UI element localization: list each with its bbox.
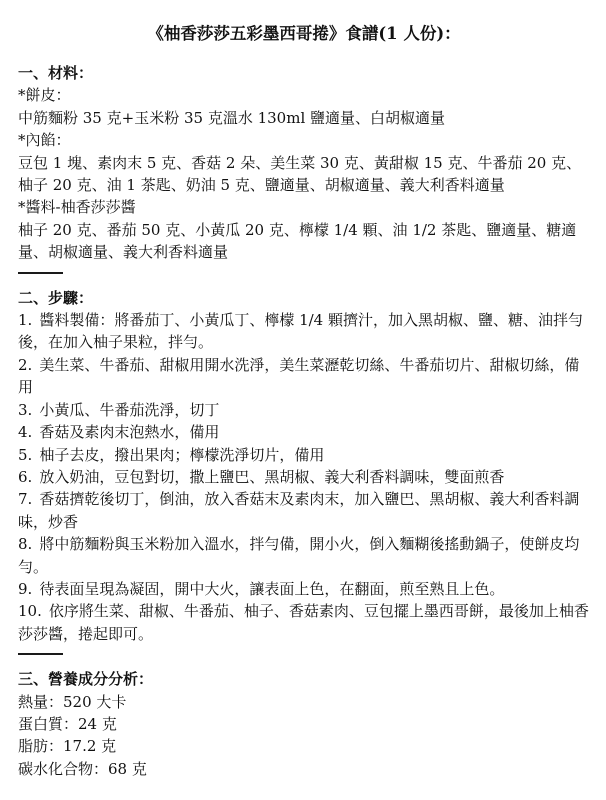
step-text: 待表面呈現為凝固，開中大火，讓表面上色，在翻面，煎至熟且上色。: [39, 580, 504, 598]
step-number: 7.: [18, 490, 32, 508]
step-number: 10.: [18, 602, 42, 620]
materials-group-label: *餅皮：: [18, 84, 590, 106]
step-number: 6.: [18, 468, 32, 486]
section-divider: [18, 272, 63, 274]
step-item: 10.依序將生菜、甜椒、牛番茄、柚子、香菇素肉、豆包擺上墨西哥餅，最後加上柚香莎…: [18, 600, 590, 645]
nutrition-item: 蛋白質：24 克: [18, 713, 590, 735]
section-steps: 二、步驟： 1.醬料製備：將番茄丁、小黃瓜丁、檸檬 1/4 顆擠汁，加入黑胡椒、…: [18, 287, 590, 646]
step-number: 9.: [18, 580, 32, 598]
step-item: 6.放入奶油，豆包對切，撒上鹽巴、黑胡椒、義大利香料調味，雙面煎香: [18, 466, 590, 488]
step-item: 7.香菇擠乾後切丁，倒油，放入香菇末及素肉末，加入鹽巴、黑胡椒、義大利香料調味，…: [18, 488, 590, 533]
recipe-document: 《柚香莎莎五彩墨西哥捲》食譜(1 人份)： 一、材料： *餅皮： 中筋麵粉 35…: [0, 0, 606, 800]
step-text: 醬料製備：將番茄丁、小黃瓜丁、檸檬 1/4 顆擠汁，加入黑胡椒、鹽、糖、油拌勻後…: [18, 311, 583, 351]
step-item: 2.美生菜、牛番茄、甜椒用開水洗淨，美生菜瀝乾切絲、牛番茄切片、甜椒切絲，備用: [18, 354, 590, 399]
step-item: 9.待表面呈現為凝固，開中大火，讓表面上色，在翻面，煎至熟且上色。: [18, 578, 590, 600]
step-text: 香菇擠乾後切丁，倒油，放入香菇末及素肉末，加入鹽巴、黑胡椒、義大利香料調味，炒香: [18, 490, 579, 530]
nutrition-item: 熱量：520 大卡: [18, 691, 590, 713]
step-text: 美生菜、牛番茄、甜椒用開水洗淨，美生菜瀝乾切絲、牛番茄切片、甜椒切絲，備用: [18, 356, 579, 396]
step-text: 將中筋麵粉與玉米粉加入溫水，拌勻備，開小火，倒入麵糊後搖動鍋子，使餅皮均勻。: [18, 535, 579, 575]
step-item: 1.醬料製備：將番茄丁、小黃瓜丁、檸檬 1/4 顆擠汁，加入黑胡椒、鹽、糖、油拌…: [18, 309, 590, 354]
materials-group-content: 豆包 1 塊、素肉末 5 克、香菇 2 朵、美生菜 30 克、黃甜椒 15 克、…: [18, 152, 590, 197]
nutrition-item: 碳水化合物：68 克: [18, 758, 590, 780]
step-item: 3.小黃瓜、牛番茄洗淨，切丁: [18, 399, 590, 421]
nutrition-heading: 三、營養成分分析：: [18, 668, 590, 690]
materials-group-content: 中筋麵粉 35 克+玉米粉 35 克溫水 130ml 鹽適量、白胡椒適量: [18, 107, 590, 129]
step-number: 5.: [18, 446, 32, 464]
step-text: 依序將生菜、甜椒、牛番茄、柚子、香菇素肉、豆包擺上墨西哥餅，最後加上柚香莎莎醬，…: [18, 602, 589, 642]
materials-group-label: *內餡：: [18, 129, 590, 151]
step-number: 4.: [18, 423, 32, 441]
materials-heading: 一、材料：: [18, 62, 590, 84]
materials-group-label: *醬料-柚香莎莎醬: [18, 196, 590, 218]
step-item: 5.柚子去皮，撥出果肉；檸檬洗淨切片，備用: [18, 444, 590, 466]
steps-heading: 二、步驟：: [18, 287, 590, 309]
step-number: 2.: [18, 356, 32, 374]
step-text: 放入奶油，豆包對切，撒上鹽巴、黑胡椒、義大利香料調味，雙面煎香: [39, 468, 504, 486]
step-item: 4.香菇及素肉末泡熱水，備用: [18, 421, 590, 443]
step-item: 8.將中筋麵粉與玉米粉加入溫水，拌勻備，開小火，倒入麵糊後搖動鍋子，使餅皮均勻。: [18, 533, 590, 578]
section-nutrition: 三、營養成分分析： 熱量：520 大卡 蛋白質：24 克 脂肪：17.2 克 碳…: [18, 668, 590, 780]
page-title: 《柚香莎莎五彩墨西哥捲》食譜(1 人份)：: [18, 23, 590, 45]
step-text: 香菇及素肉末泡熱水，備用: [39, 423, 219, 441]
step-text: 柚子去皮，撥出果肉；檸檬洗淨切片，備用: [39, 446, 324, 464]
section-divider: [18, 653, 63, 655]
step-number: 8.: [18, 535, 32, 553]
step-number: 3.: [18, 401, 32, 419]
step-number: 1.: [18, 311, 32, 329]
step-text: 小黃瓜、牛番茄洗淨，切丁: [39, 401, 219, 419]
materials-group-content: 柚子 20 克、番茄 50 克、小黃瓜 20 克、檸檬 1/4 顆、油 1/2 …: [18, 219, 590, 264]
section-materials: 一、材料： *餅皮： 中筋麵粉 35 克+玉米粉 35 克溫水 130ml 鹽適…: [18, 62, 590, 264]
nutrition-item: 脂肪：17.2 克: [18, 735, 590, 757]
